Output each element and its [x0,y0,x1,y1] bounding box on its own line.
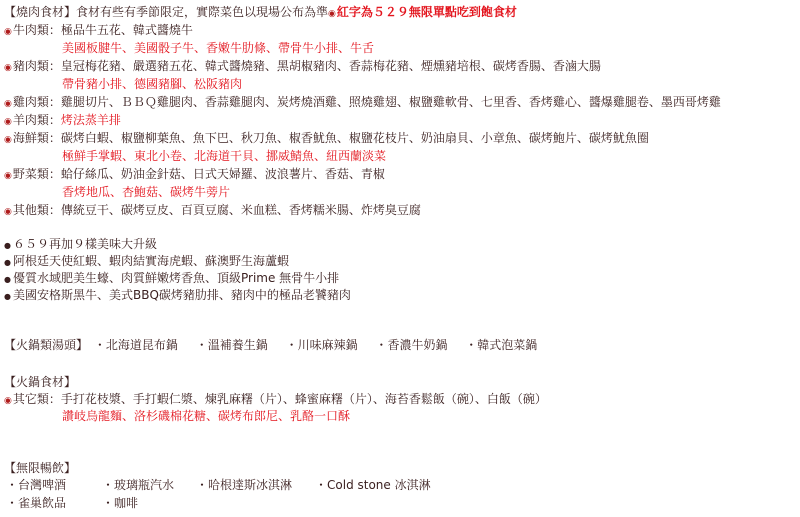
hotpot-red-items: 讚岐烏龍麵、洛杉磯棉花糖、碳烤布郎尼、乳酪一口酥 [62,408,350,424]
bullet-icon: ◉ [4,207,12,217]
drink-item: ・咖啡 [102,495,138,511]
bullet-icon: ◉ [4,171,12,181]
category-items: 碳烤白蝦、椒鹽柳葉魚、魚下巴、秋刀魚、椒香魷魚、椒鹽花枝片、奶油扇貝、小章魚、碳… [61,131,649,145]
drink-item: ・雀巢飲品 [6,495,66,511]
upgrade-line: ●優質水域肥美生蠔、肉質鮮嫩烤香魚、頂級Prime 無骨牛小排 [4,270,339,286]
drink-item: ・Cold stone 冰淇淋 [315,477,431,493]
category-lamb: ◉羊肉類：烤法蒸羊排 [4,112,121,128]
category-items: 極品牛五花、韓式醬燒牛 [61,23,193,37]
soup-item: ・溫補養生鍋 [196,338,268,352]
dot-icon: ● [4,241,11,250]
category-vegetable-red: 香烤地瓜、杏鮑菇、碳烤牛蒡片 [62,184,230,200]
bullet-icon: ◉ [4,117,12,127]
category-label: 雞肉類： [13,95,61,109]
bullet-icon: ◉ [4,27,12,37]
category-items: 蛤仔絲瓜、奶油金針菇、日式天婦羅、波浪薯片、香菇、青椒 [61,167,385,181]
upgrade-text: 優質水域肥美生蠔、肉質鮮嫩烤香魚、頂級Prime 無骨牛小排 [13,271,339,285]
category-chicken: ◉雞肉類：雞腿切片、ＢＢＱ雞腿肉、香蒜雞腿肉、炭烤燒酒雞、照燒雞翅、椒鹽雞軟骨、… [4,94,721,110]
category-seafood: ◉海鮮類：碳烤白蝦、椒鹽柳葉魚、魚下巴、秋刀魚、椒香魷魚、椒鹽花枝片、奶油扇貝、… [4,130,649,146]
category-pork: ◉豬肉類：皇冠梅花豬、嚴選豬五花、韓式醬燒豬、黑胡椒豬肉、香蒜梅花豬、煙燻豬培根… [4,58,601,74]
bullet-icon: ◉ [4,396,12,406]
bbq-title: 【燒肉食材】 [4,5,76,19]
drinks-title: 【無限暢飲】 [4,460,76,476]
category-other: ◉其他類：傳統豆干、碳烤豆皮、百頁豆腐、米血糕、香烤糯米腸、炸烤臭豆腐 [4,202,421,218]
category-seafood-red: 極鮮手掌蝦、東北小卷、北海道干貝、挪威鯖魚、紐西蘭淡菜 [62,148,386,164]
soup-item: ・韓式泡菜鍋 [465,338,537,352]
category-items: 雞腿切片、ＢＢＱ雞腿肉、香蒜雞腿肉、炭烤燒酒雞、照燒雞翅、椒鹽雞軟骨、七里香、香… [61,95,721,109]
hotpot-soup-row: 【火鍋類湯頭】 ・北海道昆布鍋 ・溫補養生鍋 ・川味麻辣鍋 ・香濃牛奶鍋 ・韓式… [4,337,537,353]
category-items: 手打花枝漿、手打蝦仁漿、煉乳麻糬（片）、蜂蜜麻糬（片）、海苔香鬆飯（碗）、白飯（… [61,392,547,406]
hotpot-soup-title: 【火鍋類湯頭】 [4,338,88,352]
category-items: 傳統豆干、碳烤豆皮、百頁豆腐、米血糕、香烤糯米腸、炸烤臭豆腐 [61,203,421,217]
dot-icon: ● [4,292,11,301]
category-beef-red: 美國板腱牛、美國骰子牛、香嫩牛肋條、帶骨牛小排、牛舌 [62,40,374,56]
upgrade-text: ６５９再加９樣美味大升級 [13,237,157,251]
category-label: 海鮮類： [13,131,61,145]
drink-item: ・台灣啤酒 [6,477,66,493]
bullet-icon: ◉ [328,9,336,19]
category-beef: ◉牛肉類：極品牛五花、韓式醬燒牛 [4,22,193,38]
category-vegetable: ◉野菜類：蛤仔絲瓜、奶油金針菇、日式天婦羅、波浪薯片、香菇、青椒 [4,166,385,182]
category-pork-red: 帶骨豬小排、德國豬腳、松阪豬肉 [62,76,242,92]
drinks-row-1: ・台灣啤酒 ・玻璃瓶汽水 ・哈根達斯冰淇淋 ・Cold stone 冰淇淋 [0,477,800,493]
bullet-icon: ◉ [4,63,12,73]
upgrade-text: 美國安格斯黑牛、美式BBQ碳烤豬肋排、豬肉中的極品老饕豬肉 [13,288,351,302]
upgrade-line: ●６５９再加９樣美味大升級 [4,236,157,252]
category-items-red: 烤法蒸羊排 [61,113,121,127]
bbq-header: 【燒肉食材】食材有些有季節限定，實際菜色以現場公布為準◉紅字為５２９無限單點吃到… [4,4,517,20]
dot-icon: ● [4,258,11,267]
bbq-note: 食材有些有季節限定，實際菜色以現場公布為準 [76,5,328,19]
category-items: 皇冠梅花豬、嚴選豬五花、韓式醬燒豬、黑胡椒豬肉、香蒜梅花豬、煙燻豬培根、碳烤香腸… [61,59,601,73]
upgrade-line: ●阿根廷天使紅蝦、蝦肉結實海虎蝦、蘇澳野生海蘆蝦 [4,253,289,269]
soup-item: ・香濃牛奶鍋 [375,338,447,352]
soup-item: ・川味麻辣鍋 [286,338,358,352]
hotpot-other-category: ◉其它類：手打花枝漿、手打蝦仁漿、煉乳麻糬（片）、蜂蜜麻糬（片）、海苔香鬆飯（碗… [4,391,547,407]
category-label: 其他類： [13,203,61,217]
drinks-row-2: ・雀巢飲品 ・咖啡 [0,495,800,511]
drink-item: ・玻璃瓶汽水 [102,477,174,493]
dot-icon: ● [4,275,11,284]
category-label: 豬肉類： [13,59,61,73]
soup-item: ・北海道昆布鍋 [94,338,178,352]
bbq-highlight: 紅字為５２９無限單點吃到飽食材 [337,5,517,19]
upgrade-line: ●美國安格斯黑牛、美式BBQ碳烤豬肋排、豬肉中的極品老饕豬肉 [4,287,351,303]
bullet-icon: ◉ [4,99,12,109]
drink-item: ・哈根達斯冰淇淋 [196,477,292,493]
bullet-icon: ◉ [4,135,12,145]
upgrade-text: 阿根廷天使紅蝦、蝦肉結實海虎蝦、蘇澳野生海蘆蝦 [13,254,289,268]
hotpot-ingredients-title: 【火鍋食材】 [4,374,76,390]
category-label: 牛肉類： [13,23,61,37]
category-label: 羊肉類： [13,113,61,127]
category-label: 野菜類： [13,167,61,181]
category-label: 其它類： [13,392,61,406]
